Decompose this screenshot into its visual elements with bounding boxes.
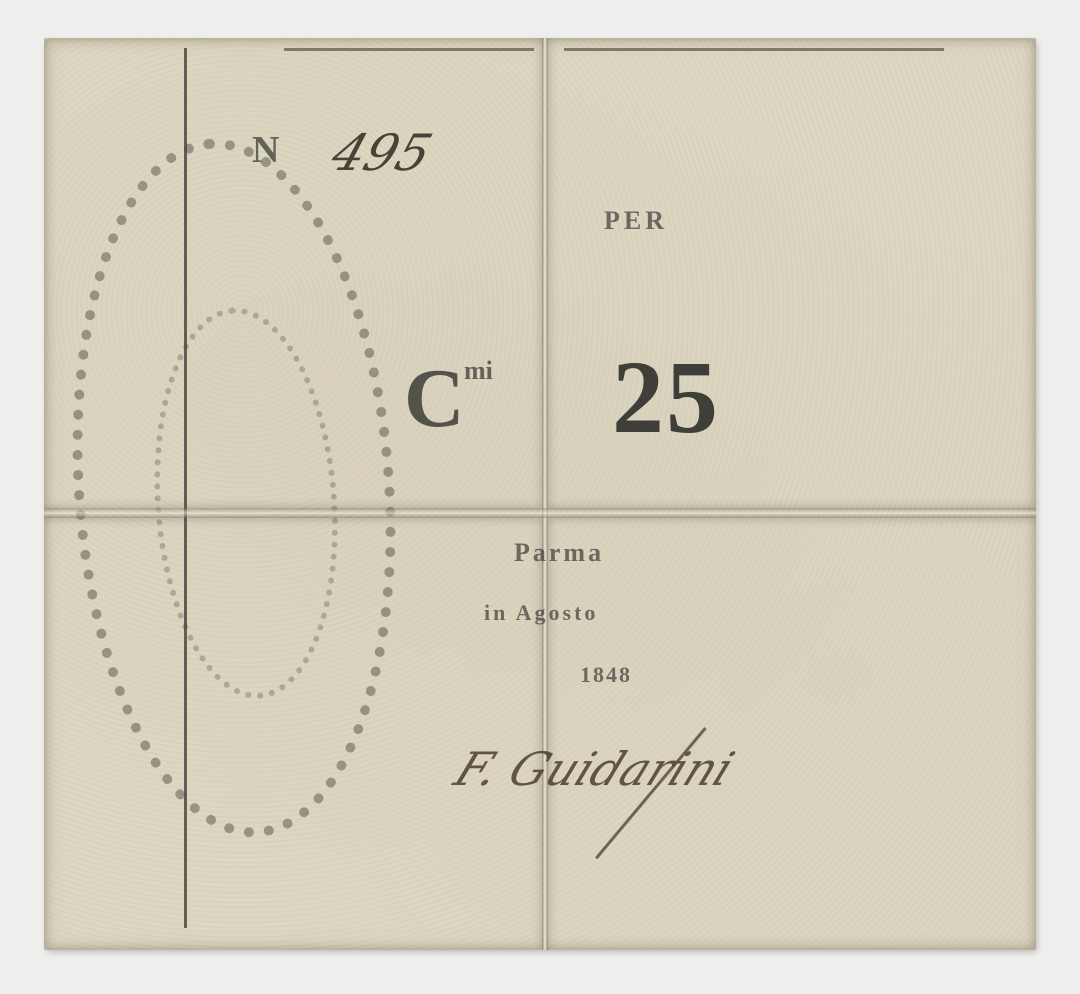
- signature: F. Guidarini: [447, 742, 742, 796]
- top-rule-left: [284, 48, 534, 51]
- serial-label: N: [252, 128, 279, 172]
- seal-inner-ring: [142, 301, 351, 705]
- horizontal-fold: [44, 508, 1036, 518]
- issue-date: in Agosto: [484, 600, 598, 626]
- issue-place: Parma: [514, 538, 604, 568]
- banknote: N 495 PER C mi 25 Parma in Agosto 1848 F…: [44, 38, 1036, 950]
- vertical-fold-tear: [542, 38, 548, 950]
- note-quarter-bottom-right: [548, 518, 1036, 950]
- top-rule-right: [564, 48, 944, 51]
- denomination-superscript: mi: [464, 356, 493, 386]
- serial-number: 495: [325, 124, 439, 182]
- issue-year: 1848: [580, 662, 632, 688]
- header-text-fragment: PER: [604, 206, 668, 236]
- denomination-value: 25: [612, 338, 720, 457]
- vertical-rule-line: [184, 48, 187, 928]
- denomination-prefix: C: [404, 350, 465, 447]
